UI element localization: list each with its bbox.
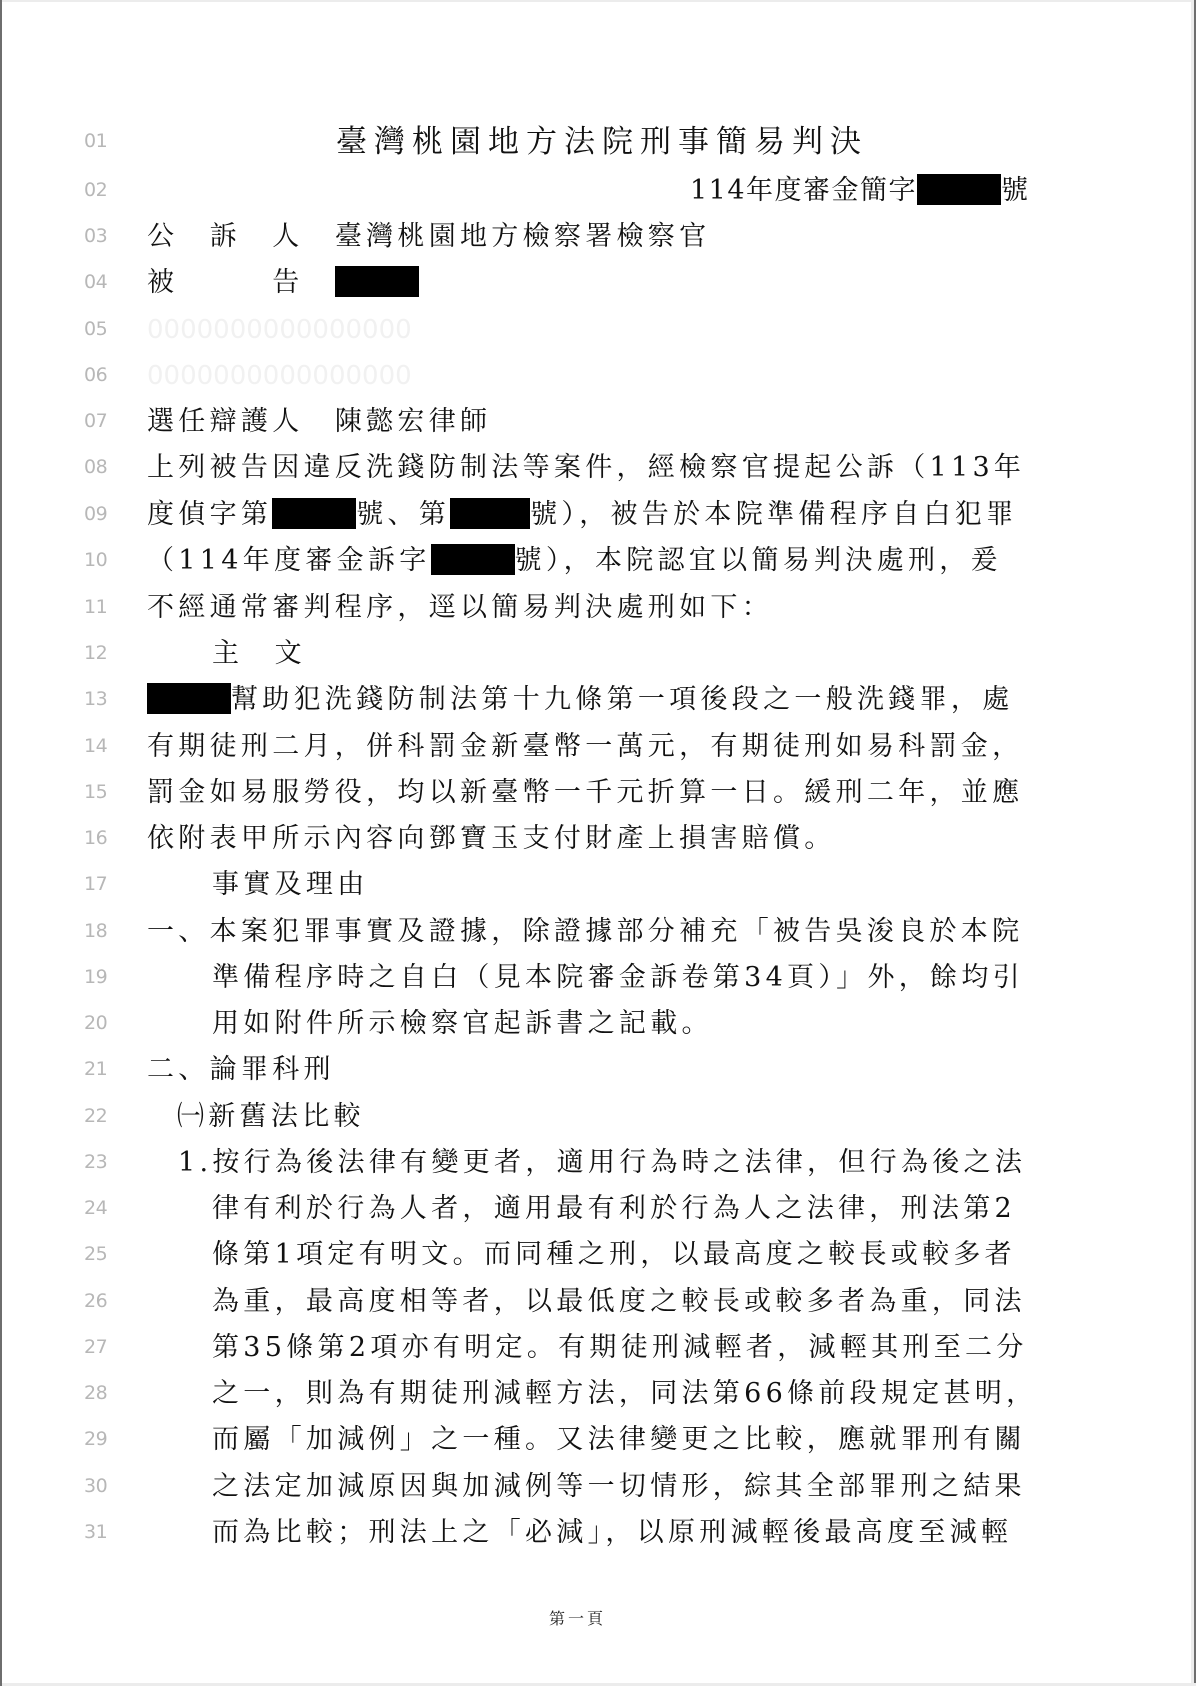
placeholder-text: 0000000000000000 — [147, 312, 412, 348]
line-number: 29 — [84, 1428, 114, 1450]
text-segment: 號、第 — [356, 499, 450, 530]
redaction-box — [450, 498, 530, 529]
body-text: 幫助犯洗錢防制法第十九條第一項後段之一般洗錢罪，處 — [147, 682, 1014, 718]
line-16: 16 依附表甲所示內容向鄧寶玉支付財產上損害賠償。 — [2, 817, 1192, 863]
body-text: 第35條第2項亦有明定。有期徒刑減輕者，減輕其刑至二分 — [212, 1330, 1028, 1366]
redaction-box — [272, 498, 356, 529]
body-text: （114年度審金訴字號），本院認宜以簡易判決處刑，爰 — [147, 543, 1002, 579]
body-text: 依附表甲所示內容向鄧寶玉支付財產上損害賠償。 — [147, 821, 836, 857]
redaction-box — [917, 174, 1001, 205]
line-number: 21 — [84, 1058, 114, 1080]
line-06: 06 0000000000000000 — [2, 354, 1192, 400]
defense-label: 選任辯護人 — [147, 406, 304, 437]
section-heading-sentencing: 二、論罪科刑 — [147, 1052, 335, 1088]
line-02: 02 114年度審金簡字號 — [2, 169, 1192, 215]
line-27: 27 第35條第2項亦有明定。有期徒刑減輕者，減輕其刑至二分 — [2, 1326, 1192, 1372]
body-text: 有期徒刑二月，併科罰金新臺幣一萬元，有期徒刑如易科罰金， — [147, 729, 1023, 765]
line-12: 12 主 文 — [2, 632, 1192, 678]
line-number: 26 — [84, 1290, 114, 1312]
line-number: 06 — [84, 364, 114, 386]
case-number-prefix: 114年度審金簡字 — [690, 175, 917, 206]
prosecutor-value: 臺灣桃園地方檢察署檢察官 — [335, 221, 711, 252]
case-number: 114年度審金簡字號 — [690, 173, 1030, 209]
body-text: 為重，最高度相等者，以最低度之較長或較多者為重，同法 — [212, 1284, 1026, 1320]
line-number: 14 — [84, 735, 114, 757]
body-text: 條第1項定有明文。而同種之刑，以最高度之較長或較多者 — [212, 1237, 1016, 1273]
redaction-box — [335, 266, 419, 297]
line-number: 13 — [84, 688, 114, 710]
body-text: 之一，則為有期徒刑減輕方法，同法第66條前段規定甚明， — [212, 1376, 1037, 1412]
placeholder-text: 0000000000000000 — [147, 358, 412, 394]
line-14: 14 有期徒刑二月，併科罰金新臺幣一萬元，有期徒刑如易科罰金， — [2, 725, 1192, 771]
line-04: 04 被 告 — [2, 261, 1192, 307]
defendant-row: 被 告 — [147, 265, 419, 301]
text-segment: 度偵字第 — [147, 499, 272, 530]
line-number: 02 — [84, 179, 114, 201]
page-footer: 第一頁 — [549, 1606, 606, 1629]
line-number: 09 — [84, 503, 114, 525]
line-13: 13 幫助犯洗錢防制法第十九條第一項後段之一般洗錢罪，處 — [2, 678, 1192, 724]
redaction-box — [147, 683, 231, 714]
subsection-heading: ㈠新舊法比較 — [177, 1099, 365, 1135]
line-19: 19 準備程序時之自白（見本院審金訴卷第34頁）」外，餘均引 — [2, 956, 1192, 1002]
line-03: 03 公 訴 人 臺灣桃園地方檢察署檢察官 — [2, 215, 1192, 261]
body-text: 一、本案犯罪事實及證據，除證據部分補充「被告吳浚良於本院 — [147, 914, 1023, 950]
line-18: 18 一、本案犯罪事實及證據，除證據部分補充「被告吳浚良於本院 — [2, 910, 1192, 956]
line-number: 31 — [84, 1521, 114, 1543]
body-text: 不經通常審判程序，逕以簡易判決處刑如下： — [147, 590, 773, 626]
line-26: 26 為重，最高度相等者，以最低度之較長或較多者為重，同法 — [2, 1280, 1192, 1326]
body-text: 上列被告因違反洗錢防制法等案件，經檢察官提起公訴（113年 — [147, 450, 1025, 486]
line-number: 24 — [84, 1197, 114, 1219]
line-25: 25 條第1項定有明文。而同種之刑，以最高度之較長或較多者 — [2, 1233, 1192, 1279]
line-number: 28 — [84, 1382, 114, 1404]
body-text: 準備程序時之自白（見本院審金訴卷第34頁）」外，餘均引 — [212, 960, 1024, 996]
line-number: 01 — [84, 130, 114, 152]
body-text: 之法定加減原因與加減例等一切情形，綜其全部罪刑之結果 — [212, 1469, 1026, 1505]
line-number: 05 — [84, 318, 114, 340]
line-number: 08 — [84, 456, 114, 478]
body-text: 律有利於行為人者，適用最有利於行為人之法律，刑法第2 — [212, 1191, 1016, 1227]
defendant-label: 被 告 — [147, 267, 304, 298]
line-number: 16 — [84, 827, 114, 849]
line-number: 22 — [84, 1105, 114, 1127]
case-number-suffix: 號 — [1001, 175, 1030, 206]
line-10: 10 （114年度審金訴字號），本院認宜以簡易判決處刑，爰 — [2, 539, 1192, 585]
line-31: 31 而為比較；刑法上之「必減」，以原刑減輕後最高度至減輕 — [2, 1511, 1192, 1557]
line-number: 10 — [84, 549, 114, 571]
text-segment: （114年度審金訴字 — [147, 545, 431, 576]
line-number: 15 — [84, 781, 114, 803]
line-24: 24 律有利於行為人者，適用最有利於行為人之法律，刑法第2 — [2, 1187, 1192, 1233]
section-heading-main-text: 主 文 — [212, 636, 306, 672]
line-09: 09 度偵字第號、第號），被告於本院準備程序自白犯罪 — [2, 493, 1192, 539]
body-text: 1.按行為後法律有變更者，適用行為時之法律，但行為後之法 — [178, 1145, 1026, 1181]
line-21: 21 二、論罪科刑 — [2, 1048, 1192, 1094]
body-text: 而為比較；刑法上之「必減」，以原刑減輕後最高度至減輕 — [212, 1515, 1012, 1551]
line-20: 20 用如附件所示檢察官起訴書之記載。 — [2, 1002, 1192, 1048]
line-15: 15 罰金如易服勞役，均以新臺幣一千元折算一日。緩刑二年，並應 — [2, 771, 1192, 817]
document-page: 01 臺灣桃園地方法院刑事簡易判決 02 114年度審金簡字號 03 公 訴 人… — [2, 2, 1191, 1683]
line-11: 11 不經通常審判程序，逕以簡易判決處刑如下： — [2, 586, 1192, 632]
line-number: 11 — [84, 596, 114, 618]
line-01: 01 臺灣桃園地方法院刑事簡易判決 — [2, 120, 1192, 166]
line-22: 22 ㈠新舊法比較 — [2, 1095, 1192, 1141]
line-05: 05 0000000000000000 — [2, 308, 1192, 354]
line-number: 18 — [84, 920, 114, 942]
line-number: 17 — [84, 873, 114, 895]
line-number: 30 — [84, 1475, 114, 1497]
body-text: 用如附件所示檢察官起訴書之記載。 — [212, 1006, 713, 1042]
line-number: 12 — [84, 642, 114, 664]
defense-value: 陳懿宏律師 — [335, 406, 492, 437]
line-07: 07 選任辯護人 陳懿宏律師 — [2, 400, 1192, 446]
line-number: 04 — [84, 271, 114, 293]
text-segment: 號），本院認宜以簡易判決處刑，爰 — [515, 545, 1002, 576]
line-number: 27 — [84, 1336, 114, 1358]
body-text: 而屬「加減例」之一種。又法律變更之比較，應就罪刑有關 — [212, 1422, 1026, 1458]
line-number: 23 — [84, 1151, 114, 1173]
section-heading-facts-reasons: 事實及理由 — [212, 867, 369, 903]
line-number: 19 — [84, 966, 114, 988]
line-08: 08 上列被告因違反洗錢防制法等案件，經檢察官提起公訴（113年 — [2, 446, 1192, 492]
text-segment: 號），被告於本院準備程序自白犯罪 — [530, 499, 1017, 530]
redaction-box — [431, 544, 515, 575]
line-28: 28 之一，則為有期徒刑減輕方法，同法第66條前段規定甚明， — [2, 1372, 1192, 1418]
prosecutor-label: 公 訴 人 — [147, 221, 304, 252]
line-17: 17 事實及理由 — [2, 863, 1192, 909]
line-number: 25 — [84, 1243, 114, 1265]
defense-row: 選任辯護人 陳懿宏律師 — [147, 404, 491, 440]
line-23: 23 1.按行為後法律有變更者，適用行為時之法律，但行為後之法 — [2, 1141, 1192, 1187]
body-text: 罰金如易服勞役，均以新臺幣一千元折算一日。緩刑二年，並應 — [147, 775, 1023, 811]
line-number: 07 — [84, 410, 114, 432]
prosecutor-row: 公 訴 人 臺灣桃園地方檢察署檢察官 — [147, 219, 710, 255]
line-29: 29 而屬「加減例」之一種。又法律變更之比較，應就罪刑有關 — [2, 1418, 1192, 1464]
body-text: 度偵字第號、第號），被告於本院準備程序自白犯罪 — [147, 497, 1017, 533]
text-segment: 幫助犯洗錢防制法第十九條第一項後段之一般洗錢罪，處 — [231, 684, 1014, 715]
document-title: 臺灣桃園地方法院刑事簡易判決 — [336, 120, 868, 164]
line-number: 03 — [84, 225, 114, 247]
line-30: 30 之法定加減原因與加減例等一切情形，綜其全部罪刑之結果 — [2, 1465, 1192, 1511]
line-number: 20 — [84, 1012, 114, 1034]
